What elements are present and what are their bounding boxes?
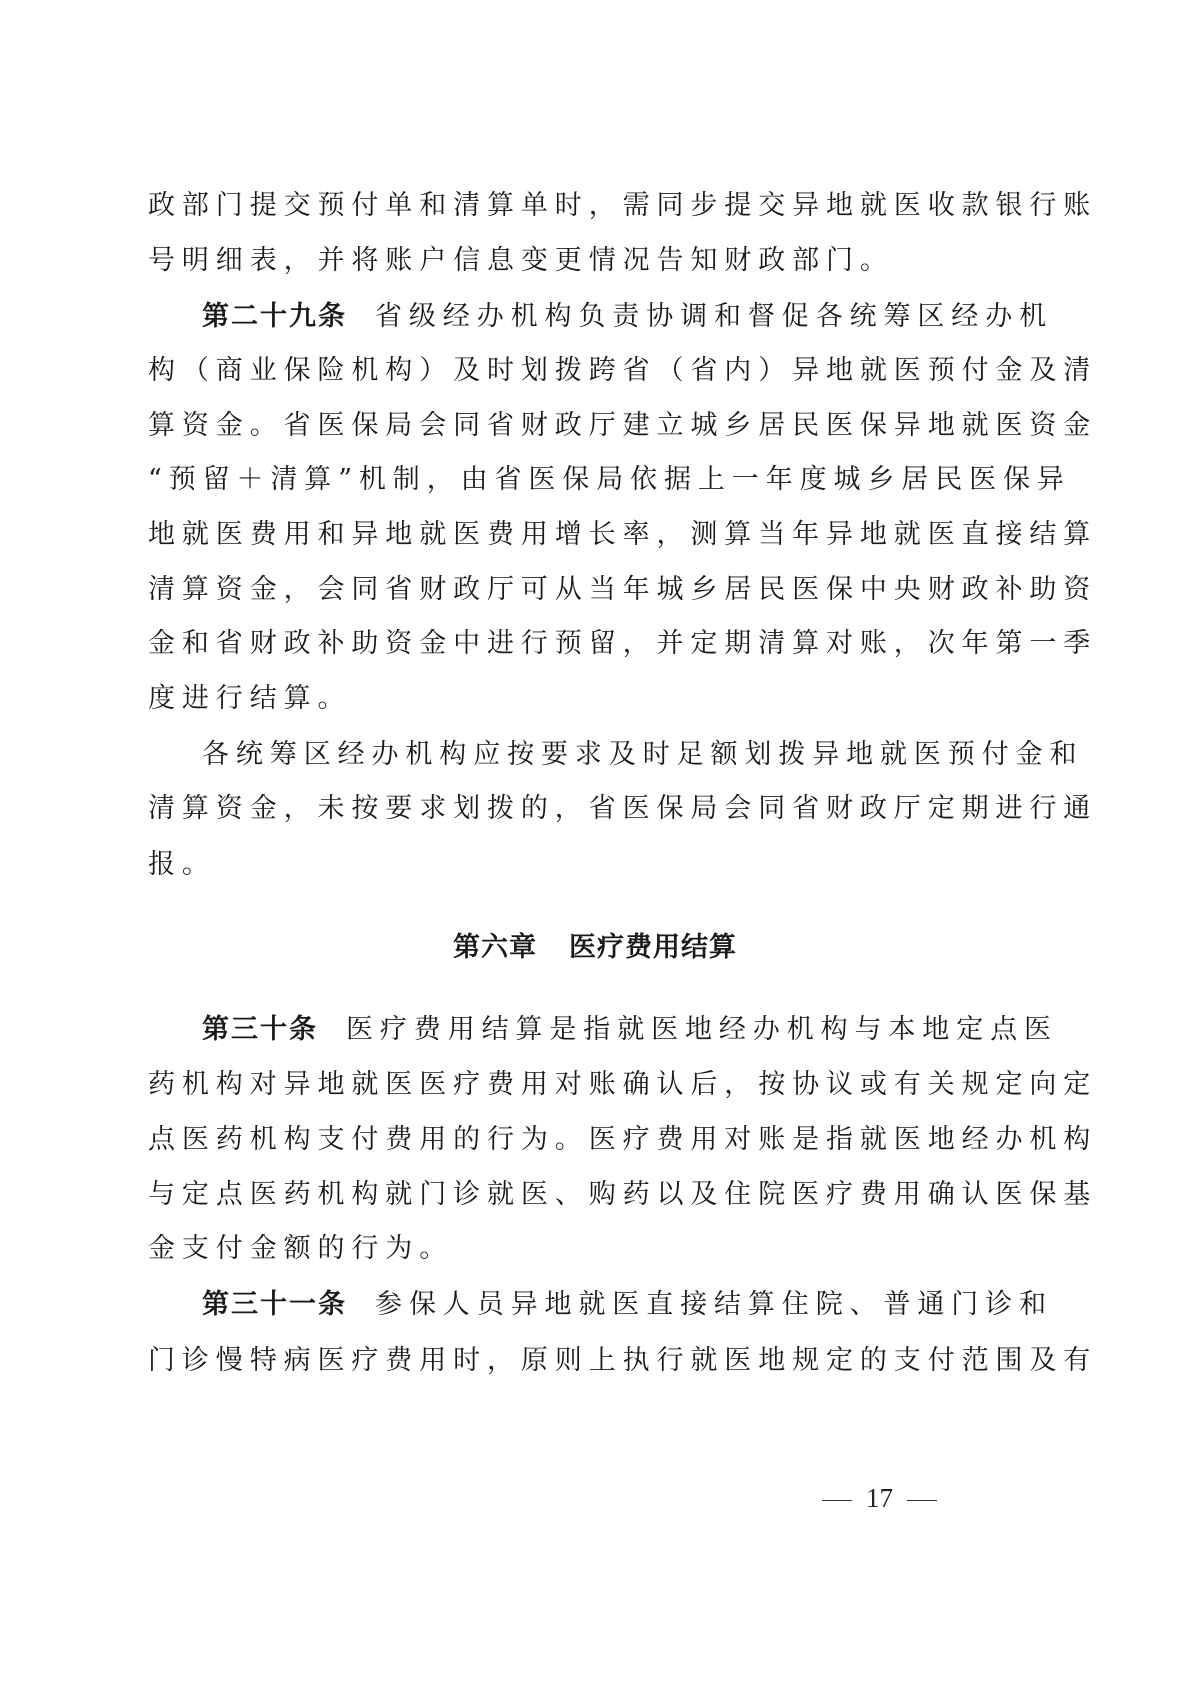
paragraph-line: 构（商业保险机构）及时划拨跨省（省内）异地就医预付金及清 <box>148 351 970 391</box>
chapter-number: 第六章 <box>453 932 537 963</box>
dash-left <box>822 1500 852 1501</box>
article-29-first-line: 第二十九条省级经办机构负责协调和督促各统筹区经办机 <box>148 297 970 337</box>
paragraph-line: “预留＋清算”机制，由省医保局依据上一年度城乡居民医保异 <box>148 460 970 500</box>
paragraph-line: 与定点医药机构就门诊就医、购药以及住院医疗费用确认医保基 <box>148 1175 970 1215</box>
paragraph-line: 金支付金额的行为。 <box>148 1229 970 1269</box>
paragraph-text: 医疗费用结算是指就医地经办机构与本地定点医 <box>346 1014 1058 1045</box>
paragraph-line: 清算资金，未按要求划拨的，省医保局会同省财政厅定期进行通 <box>148 789 970 829</box>
article-31-first-line: 第三十一条参保人员异地就医直接结算住院、普通门诊和 <box>148 1285 970 1325</box>
page-number-value: 17 <box>866 1478 893 1518</box>
paragraph-text: 省级经办机构负责协调和督促各统筹区经办机 <box>375 301 1053 332</box>
paragraph-line: 清算资金，会同省财政厅可从当年城乡居民医保中央财政补助资 <box>148 570 970 610</box>
chapter-title: 医疗费用结算 <box>569 932 737 963</box>
page-number: 17 <box>822 1478 972 1518</box>
article-label: 第二十九条 <box>202 301 347 332</box>
paragraph-line: 门诊慢特病医疗费用时，原则上执行就医地规定的支付范围及有 <box>148 1341 970 1381</box>
article-label: 第三十一条 <box>202 1289 347 1320</box>
paragraph-line: 金和省财政补助资金中进行预留，并定期清算对账，次年第一季 <box>148 624 970 664</box>
paragraph-line: 报。 <box>148 845 970 885</box>
dash-right <box>907 1500 937 1501</box>
paragraph-line: 政部门提交预付单和清算单时，需同步提交异地就医收款银行账 <box>148 186 970 226</box>
paragraph-line: 各统筹区经办机构应按要求及时足额划拨异地就医预付金和 <box>148 735 970 775</box>
paragraph-line: 号明细表，并将账户信息变更情况告知财政部门。 <box>148 241 970 281</box>
article-30-first-line: 第三十条医疗费用结算是指就医地经办机构与本地定点医 <box>148 1010 970 1050</box>
paragraph-line: 药机构对异地就医医疗费用对账确认后，按协议或有关规定向定 <box>148 1065 970 1105</box>
paragraph-line: 度进行结算。 <box>148 679 970 719</box>
chapter-heading: 第六章医疗费用结算 <box>0 928 1190 968</box>
paragraph-line: 地就医费用和异地就医费用增长率，测算当年异地就医直接结算 <box>148 515 970 555</box>
paragraph-line: 算资金。省医保局会同省财政厅建立城乡居民医保异地就医资金 <box>148 406 970 446</box>
document-page: 政部门提交预付单和清算单时，需同步提交异地就医收款银行账 号明细表，并将账户信息… <box>0 0 1190 1683</box>
paragraph-line: 点医药机构支付费用的行为。医疗费用对账是指就医地经办机构 <box>148 1120 970 1160</box>
article-label: 第三十条 <box>202 1014 318 1045</box>
paragraph-text: 参保人员异地就医直接结算住院、普通门诊和 <box>375 1289 1053 1320</box>
